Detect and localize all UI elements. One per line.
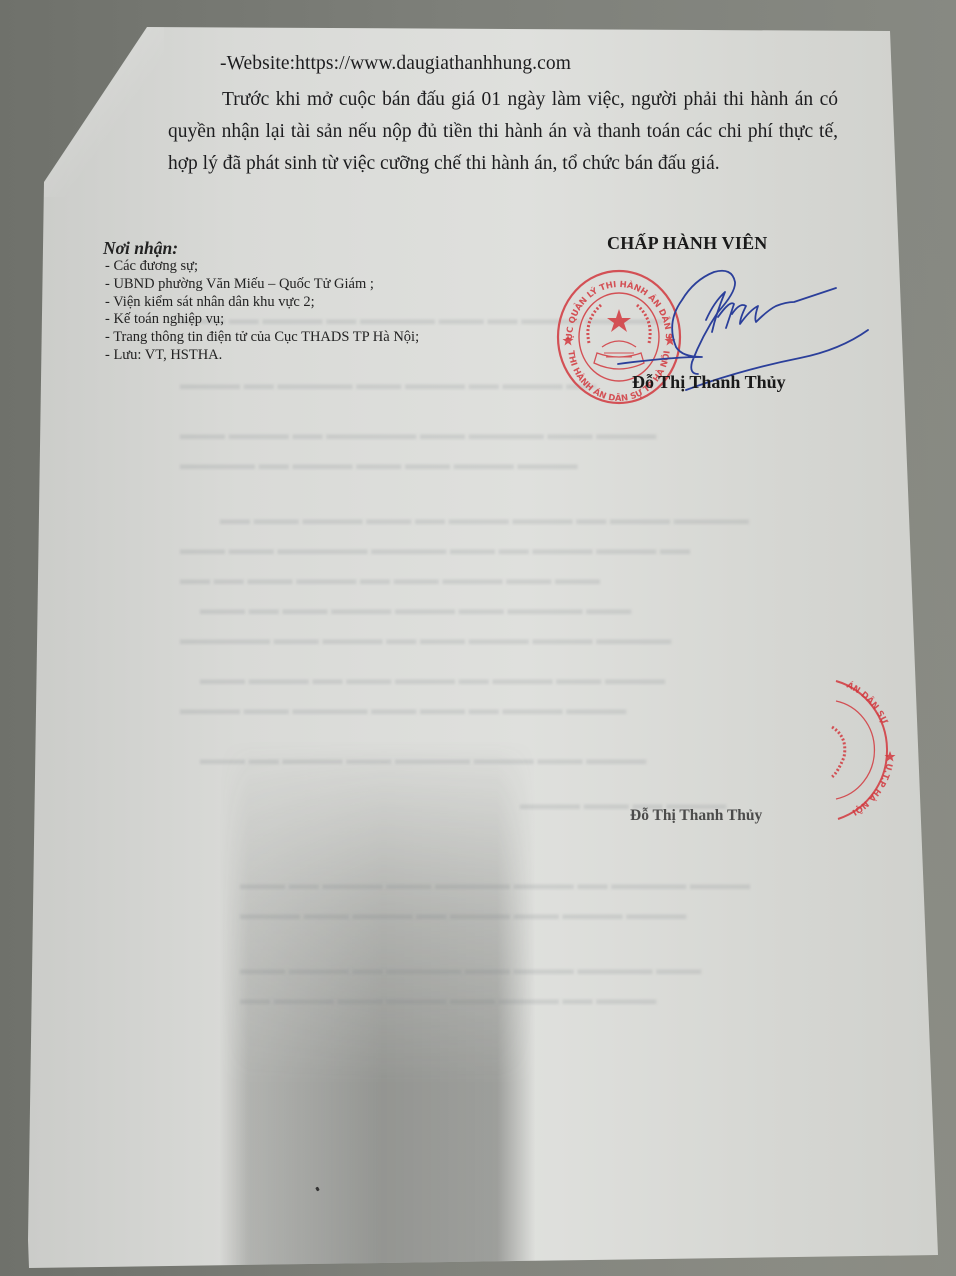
svg-text:ÁN DÂN SỰ: ÁN DÂN SỰ (845, 679, 890, 727)
body-paragraph-text: Trước khi mở cuộc bán đấu giá 01 ngày là… (168, 89, 838, 174)
partial-seal-icon: ÁN DÂN SỰ U.T.P HÀ NỘI (826, 677, 906, 823)
bleed-through-text: ▬▬ ▬▬▬▬ ▬▬▬ ▬▬▬▬ ▬▬▬ ▬▬▬▬ ▬▬ ▬▬▬▬ (240, 985, 656, 1015)
recipients-list: - Các đương sự; - UBND phường Văn Miếu –… (103, 258, 419, 365)
bleed-through-signer-name: Đỗ Thị Thanh Thủy (630, 807, 762, 825)
bleed-through-text: ▬▬▬ ▬▬▬▬ ▬▬ ▬▬▬▬▬ ▬▬▬ ▬▬▬▬ ▬▬▬▬▬ ▬▬▬ (240, 955, 701, 985)
bleed-through-text: ▬▬▬ ▬▬▬▬ ▬▬ ▬▬▬▬▬▬ ▬▬▬ ▬▬▬▬▬ ▬▬▬ ▬▬▬▬ (180, 420, 656, 450)
bleed-through-text: ▬▬ ▬▬▬ ▬▬▬▬ ▬▬▬ ▬▬ ▬▬▬▬ ▬▬▬▬ ▬▬ ▬▬▬▬ ▬▬▬… (220, 505, 749, 535)
signer-name: Đỗ Thị Thanh Thủy (632, 372, 786, 393)
bleed-through-text: ▬▬▬▬▬ ▬▬ ▬▬▬▬ ▬▬▬ ▬▬▬ ▬▬▬▬ ▬▬▬▬ (180, 450, 578, 480)
bleed-through-text: ▬▬▬ ▬▬ ▬▬▬▬ ▬▬▬ ▬▬▬▬▬ ▬▬▬▬ ▬▬ ▬▬▬▬▬ ▬▬▬▬ (240, 870, 750, 900)
recipient-item: - Lưu: VT, HSTHA. (105, 347, 419, 365)
bleed-through-text: ▬▬▬▬ ▬▬▬ ▬▬▬▬ ▬▬ ▬▬▬▬ ▬▬▬ ▬▬▬▬ ▬▬▬▬ (240, 900, 686, 930)
recipient-item: - Viện kiểm sát nhân dân khu vực 2; (105, 294, 419, 312)
bleed-through-text: ▬▬▬▬ ▬▬▬ ▬▬▬▬▬ ▬▬▬ ▬▬▬ ▬▬ ▬▬▬▬ ▬▬▬▬ (180, 695, 626, 725)
bleed-through-text: ▬▬▬ ▬▬ ▬▬▬▬ ▬▬▬ ▬▬▬▬▬ ▬▬▬▬ ▬▬▬ ▬▬▬▬ (200, 745, 646, 775)
bleed-through-text: ▬▬▬ ▬▬▬ ▬▬▬▬▬▬ ▬▬▬▬▬ ▬▬▬ ▬▬ ▬▬▬▬ ▬▬▬▬ ▬▬ (180, 535, 690, 565)
recipient-item: - Các đương sự; (105, 258, 419, 276)
recipient-item: - Trang thông tin điện tử của Cục THADS … (105, 329, 419, 347)
recipients-block: Nơi nhận: - Các đương sự; - UBND phường … (103, 238, 419, 365)
bleed-through-text: ▬▬▬ ▬▬ ▬▬▬ ▬▬▬▬ ▬▬▬▬ ▬▬▬ ▬▬▬▬▬ ▬▬▬ (200, 595, 631, 625)
recipients-title: Nơi nhận: (103, 238, 419, 258)
signature-title: CHẤP HÀNH VIÊN (607, 233, 768, 254)
recipient-item: - UBND phường Văn Miếu – Quốc Tử Giám ; (105, 276, 419, 294)
bleed-through-text: ▬▬ ▬▬ ▬▬▬ ▬▬▬▬ ▬▬ ▬▬▬ ▬▬▬▬ ▬▬▬ ▬▬▬ (180, 565, 600, 595)
website-line: -Website:https://www.daugiathanhhung.com (220, 48, 571, 80)
recipient-item: - Kế toán nghiệp vụ; (105, 311, 419, 329)
body-paragraph: Trước khi mở cuộc bán đấu giá 01 ngày là… (168, 84, 838, 180)
bleed-through-text: ▬▬▬ ▬▬▬▬ ▬▬ ▬▬▬ ▬▬▬▬ ▬▬ ▬▬▬▬ ▬▬▬ ▬▬▬▬ (200, 665, 665, 695)
bleed-through-text: ▬▬▬▬ ▬▬ ▬▬▬▬▬ ▬▬▬ ▬▬▬▬ ▬▬ ▬▬▬▬ ▬▬ (180, 370, 596, 400)
bleed-through-text: ▬▬▬▬▬▬ ▬▬▬ ▬▬▬▬ ▬▬ ▬▬▬ ▬▬▬▬ ▬▬▬▬ ▬▬▬▬▬ (180, 625, 671, 655)
